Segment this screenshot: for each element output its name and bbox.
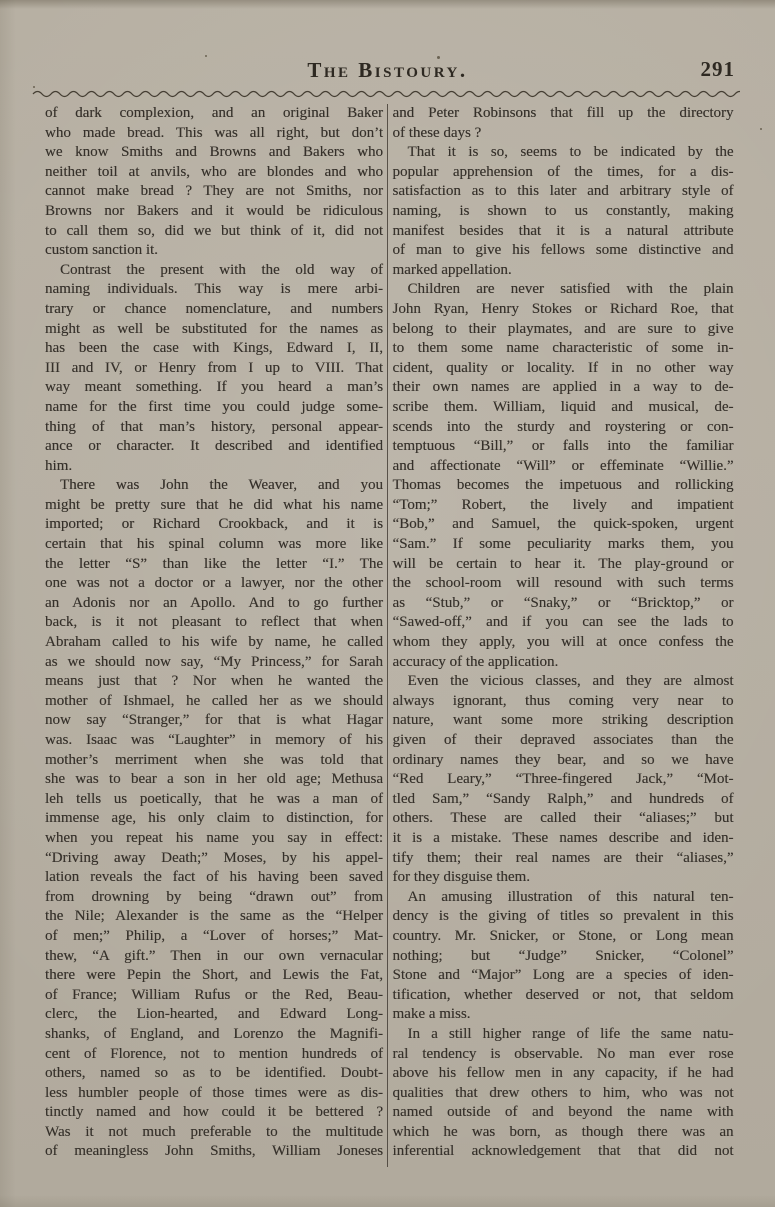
text-line: from drowning by being “drawn out” from (45, 888, 383, 908)
text-line: back, is it not pleasant to reflect that… (45, 613, 383, 633)
text-line: of France; William Rufus or the Red, Bea… (45, 986, 383, 1006)
text-line: of these days ? (393, 124, 734, 144)
text-line: thew, “A gift.” Then in our own vernacul… (45, 947, 383, 967)
text-line: Contrast the present with the old way of (45, 261, 383, 281)
text-line: others. These are called their “aliases;… (393, 809, 734, 829)
text-line: satisfaction as to this later and arbitr… (393, 182, 734, 202)
text-line: popular apprehension of the times, for a… (393, 163, 734, 183)
text-line: scribe them. William, liquid and musical… (393, 398, 734, 418)
text-line: she was to bear a son in her old age; Me… (45, 770, 383, 790)
text-line: one was not a doctor or a lawyer, nor th… (45, 574, 383, 594)
text-line: “Red Leary,” “Three-fingered Jack,” “Mot… (393, 770, 734, 790)
text-line: cident, quality or locality. If in no ot… (393, 359, 734, 379)
text-line: Abraham called to his wife by name, he c… (45, 633, 383, 653)
text-line: In a still higher range of life the same… (393, 1025, 734, 1045)
text-line: “Sam.” If some peculiarity marks them, y… (393, 535, 734, 555)
text-line: named outside of and beyond the name wit… (393, 1103, 734, 1123)
text-line: cent of Florence, not to mention hundred… (45, 1045, 383, 1065)
text-line: Browns nor Bakers and it would be ridicu… (45, 202, 383, 222)
text-line: which he was born, as though there was a… (393, 1123, 734, 1143)
text-line: That it is so, seems to be indicated by … (393, 143, 734, 163)
text-line: Even the vicious classes, and they are a… (393, 672, 734, 692)
text-line: scends into the sturdy and roystering or… (393, 418, 734, 438)
text-line: clerc, the Lion-hearted, and Edward Long… (45, 1005, 383, 1025)
text-line: there were Pepin the Short, and Lewis th… (45, 966, 383, 986)
text-line: immense age, his only claim to distincti… (45, 809, 383, 829)
text-line: Thomas becomes the impetuous and rollick… (393, 476, 734, 496)
paper-speck (205, 55, 207, 57)
page-number: 291 (701, 57, 736, 82)
text-line: country. Mr. Snicker, or Stone, or Long … (393, 927, 734, 947)
text-line: shanks, of England, and Lorenzo the Magn… (45, 1025, 383, 1045)
text-line: might as well be substituted for the nam… (45, 320, 383, 340)
text-line: whom they apply, you will at once confes… (393, 633, 734, 653)
book-page: The Bistoury. 291 of dark complexion, an… (0, 0, 775, 1207)
text-line: manifest besides that it is a natural at… (393, 222, 734, 242)
text-line: Children are never satisfied with the pl… (393, 280, 734, 300)
text-line: tify them; their real names are their “a… (393, 849, 734, 869)
text-line: the Nile; Alexander is the same as the “… (45, 907, 383, 927)
text-line: inferential acknowledgement that that di… (393, 1142, 734, 1162)
text-line: means just that ? Nor when he wanted the (45, 672, 383, 692)
text-line: nature, want some more striking descript… (393, 711, 734, 731)
text-line: marked appellation. (393, 261, 734, 281)
text-line: nothing; but “Judge” Snicker, “Colonel” (393, 947, 734, 967)
text-line: There was John the Weaver, and you (45, 476, 383, 496)
text-line: their own names are applied in a way to … (393, 378, 734, 398)
text-line: dency is the giving of titles so prevale… (393, 907, 734, 927)
paper-speck (760, 128, 762, 130)
text-line: leh tells us poetically, that he was a m… (45, 790, 383, 810)
text-line: as “Stub,” or “Snaky,” or “Bricktop,” or (393, 594, 734, 614)
text-line: others, named so as to be identified. Do… (45, 1064, 383, 1084)
right-column: and Peter Robinsons that fill up the dir… (393, 104, 734, 1167)
text-line: when you repeat his name you say in effe… (45, 829, 383, 849)
text-line: for they disguise them. (393, 868, 734, 888)
text-line: temptuous “Bill,” or falls into the fami… (393, 437, 734, 457)
text-line: of meaningless John Smiths, William Jone… (45, 1142, 383, 1162)
text-line: Was it not much preferable to the multit… (45, 1123, 383, 1143)
text-line: “Bob,” and Samuel, the quick-spoken, urg… (393, 515, 734, 535)
text-line: who made bread. This was all right, but … (45, 124, 383, 144)
text-line: him. (45, 457, 383, 477)
text-line: ance or character. It described and iden… (45, 437, 383, 457)
column-divider-rule (387, 104, 389, 1167)
text-line: it is a mistake. These names describe an… (393, 829, 734, 849)
text-line: we know Smiths and Browns and Bakers who (45, 143, 383, 163)
text-line: custom sanction it. (45, 241, 383, 261)
text-line: accuracy of the application. (393, 653, 734, 673)
text-line: belong to their playmates, and are sure … (393, 320, 734, 340)
text-line: way meant something. If you heard a man’… (45, 378, 383, 398)
text-line: “Sawed-off,” and if you can see the lads… (393, 613, 734, 633)
text-line: “Driving away Death;” Moses, by his appe… (45, 849, 383, 869)
text-line: an Adonis nor an Apollo. And to go furth… (45, 594, 383, 614)
text-line: will be certain to hear it. The play-gro… (393, 555, 734, 575)
text-line: An amusing illustration of this natural … (393, 888, 734, 908)
text-line: as we should now say, “My Princess,” for… (45, 653, 383, 673)
page-title: The Bistoury. (0, 58, 775, 83)
left-column: of dark complexion, and an original Bake… (45, 104, 383, 1167)
text-line: III and IV, or Henry from I up to VIII. … (45, 359, 383, 379)
text-line: John Ryan, Henry Stokes or Richard Roe, … (393, 300, 734, 320)
text-line: of men;” Philip, a “Lover of horses;” Ma… (45, 927, 383, 947)
text-line: imported; or Richard Crookback, and it i… (45, 515, 383, 535)
text-line: certain that his spinal column was more … (45, 535, 383, 555)
text-line: name for the first time you could judge … (45, 398, 383, 418)
text-line: to them some name characteristic of some… (393, 339, 734, 359)
text-line: and affectionate “Will” or effeminate “W… (393, 457, 734, 477)
text-line: less humbler people of those times were … (45, 1084, 383, 1104)
text-line: ral tendency is observable. No man ever … (393, 1045, 734, 1065)
text-line: given of their depraved associates than … (393, 731, 734, 751)
text-line: the letter “S” than like the letter “I.”… (45, 555, 383, 575)
text-line: neither toil at anvils, who are blondes … (45, 163, 383, 183)
text-line: ordinary names they bear, and so we have (393, 751, 734, 771)
text-line: tinctly named and how could it be better… (45, 1103, 383, 1123)
text-line: qualities that drew others to him, who w… (393, 1084, 734, 1104)
text-line: trary or chance nomenclature, and number… (45, 300, 383, 320)
text-line: to call them so, did we but think of it,… (45, 222, 383, 242)
text-line: “Tom;” Robert, the lively and impatient (393, 496, 734, 516)
text-line: might be pretty sure that he did what hi… (45, 496, 383, 516)
text-line: now say “Stranger,” for that is what Hag… (45, 711, 383, 731)
text-line: and Peter Robinsons that fill up the dir… (393, 104, 734, 124)
text-line: thing of that man’s history, personal ap… (45, 418, 383, 438)
text-line: was. Isaac was “Laughter” in memory of h… (45, 731, 383, 751)
text-columns: of dark complexion, and an original Bake… (45, 104, 734, 1167)
text-line: naming individuals. This way is mere arb… (45, 280, 383, 300)
text-line: mother of Ishmael, he called her as we s… (45, 692, 383, 712)
text-line: has been the case with Kings, Edward I, … (45, 339, 383, 359)
text-line: above his fellow men in any capacity, if… (393, 1064, 734, 1084)
text-line: tification, whether deserved or not, tha… (393, 986, 734, 1006)
text-line: of dark complexion, and an original Bake… (45, 104, 383, 124)
text-line: make a miss. (393, 1005, 734, 1025)
text-line: tled Sam,” “Sandy Ralph,” and hundreds o… (393, 790, 734, 810)
text-line: of man to give his fellows some distinct… (393, 241, 734, 261)
text-line: always ignorant, thus coming very near t… (393, 692, 734, 712)
text-line: mother’s merriment when she was told tha… (45, 751, 383, 771)
text-line: cannot make bread ? They are not Smiths,… (45, 182, 383, 202)
text-line: Stone and “Major” Long are a species of … (393, 966, 734, 986)
text-line: naming, is shown to us constantly, makin… (393, 202, 734, 222)
text-line: lation reveals the fact of his having be… (45, 868, 383, 888)
wavy-rule-divider (32, 88, 740, 98)
text-line: the school-room will resound with such t… (393, 574, 734, 594)
